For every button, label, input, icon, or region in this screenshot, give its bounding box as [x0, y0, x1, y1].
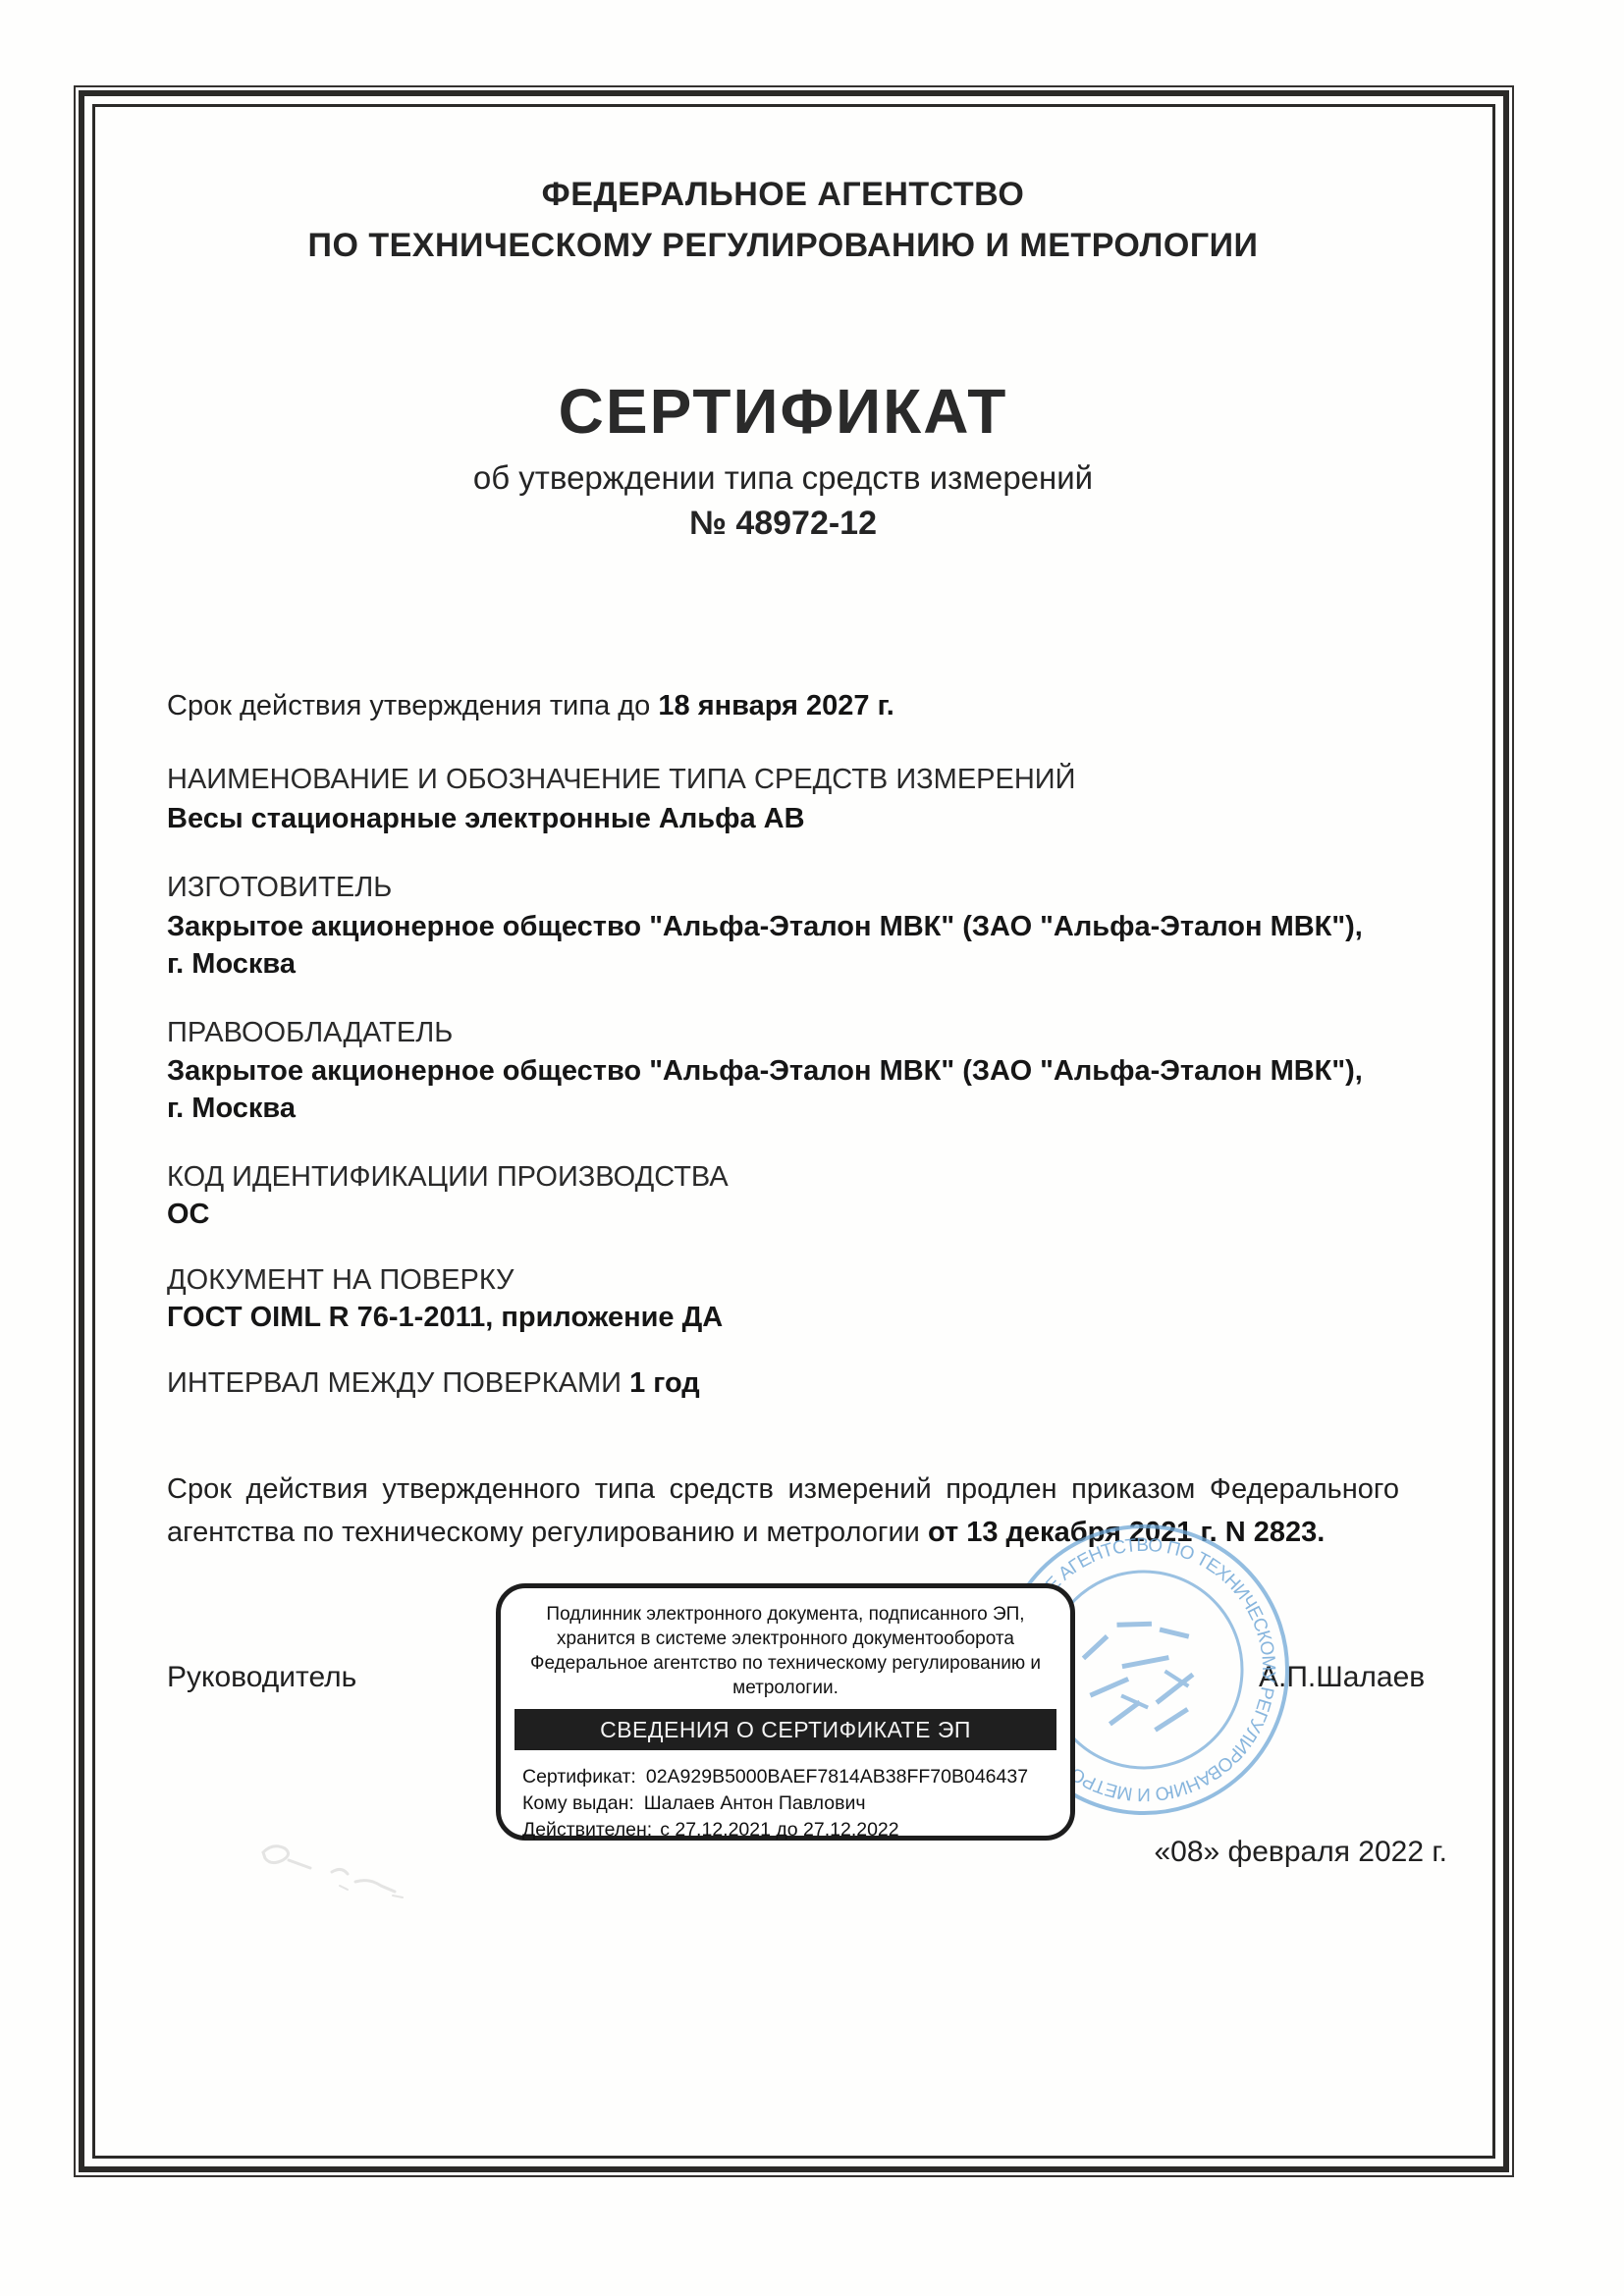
validity-date: 18 января 2027 г.: [658, 690, 893, 721]
esign-valid-label: Действителен:: [522, 1817, 652, 1843]
rightsholder-line1: Закрытое акционерное общество "Альфа-Эта…: [167, 1052, 1399, 1090]
esign-info: Сертификат: 02A929B5000BAEF7814AB38FF70B…: [522, 1764, 1070, 1843]
seal-center-emblem: [1072, 1605, 1214, 1746]
section-label-verificationdoc: ДОКУМЕНТ НА ПОВЕРКУ: [167, 1261, 1399, 1299]
rightsholder-line2: г. Москва: [167, 1090, 1399, 1127]
pencil-smudge: [245, 1831, 461, 1909]
esign-issued-value: Шалаев Антон Павлович: [644, 1790, 866, 1817]
esign-head-line4: метрологии.: [518, 1676, 1053, 1700]
agency-name-line2: ПО ТЕХНИЧЕСКОМУ РЕГУЛИРОВАНИЮ И МЕТРОЛОГ…: [167, 220, 1399, 271]
esign-details-box: Подлинник электронного документа, подпис…: [496, 1583, 1075, 1841]
validity-prefix: Срок действия утверждения типа до: [167, 690, 658, 721]
section-label-name: НАИМЕНОВАНИЕ И ОБОЗНАЧЕНИЕ ТИПА СРЕДСТВ …: [167, 761, 1399, 798]
manufacturer-line2: г. Москва: [167, 945, 1399, 983]
esign-cert-row: Сертификат: 02A929B5000BAEF7814AB38FF70B…: [522, 1764, 1070, 1790]
signer-role: Руководитель: [167, 1661, 356, 1694]
esign-issued-row: Кому выдан: Шалаев Антон Павлович: [522, 1790, 1070, 1817]
esign-head-line1: Подлинник электронного документа, подпис…: [518, 1602, 1053, 1627]
manufacturer-line1: Закрытое акционерное общество "Альфа-Эта…: [167, 908, 1399, 945]
document-subtitle: об утверждении типа средств измерений: [167, 459, 1399, 497]
agency-header: ФЕДЕРАЛЬНОЕ АГЕНТСТВО ПО ТЕХНИЧЕСКОМУ РЕ…: [167, 169, 1399, 271]
section-label-manufacturer: ИЗГОТОВИТЕЛЬ: [167, 869, 1399, 906]
esign-head-line2: хранится в системе электронного документ…: [518, 1627, 1053, 1651]
esign-valid-value: с 27.12.2021 до 27.12.2022: [660, 1817, 898, 1843]
certificate-page: ФЕДЕРАЛЬНОЕ АГЕНТСТВО ПО ТЕХНИЧЕСКОМУ РЕ…: [0, 0, 1624, 2296]
esign-head-line3: Федеральное агентство по техническому ре…: [518, 1651, 1053, 1676]
section-label-prodcode: КОД ИДЕНТИФИКАЦИИ ПРОИЗВОДСТВА: [167, 1158, 1399, 1196]
validity-line: Срок действия утверждения типа до 18 янв…: [167, 687, 1399, 724]
interval-value: 1 год: [629, 1367, 700, 1399]
esign-issued-label: Кому выдан:: [522, 1790, 634, 1817]
extension-line2-prefix: агентства по техническому регулированию …: [167, 1517, 928, 1548]
issue-date: «08» февраля 2022 г.: [1154, 1836, 1447, 1869]
esign-cert-label: Сертификат:: [522, 1764, 636, 1790]
esign-box-header: Подлинник электронного документа, подпис…: [518, 1602, 1053, 1700]
document-number: № 48972-12: [167, 505, 1399, 543]
section-value-verificationdoc: ГОСТ OIML R 76-1-2011, приложение ДА: [167, 1299, 1399, 1336]
esign-cert-value: 02A929B5000BAEF7814AB38FF70B046437: [646, 1764, 1028, 1790]
section-value-rightsholder: Закрытое акционерное общество "Альфа-Эта…: [167, 1052, 1399, 1127]
agency-name-line1: ФЕДЕРАЛЬНОЕ АГЕНТСТВО: [167, 169, 1399, 220]
section-label-rightsholder: ПРАВООБЛАДАТЕЛЬ: [167, 1014, 1399, 1051]
esign-bar-title: СВЕДЕНИЯ О СЕРТИФИКАТЕ ЭП: [514, 1709, 1056, 1750]
document-title: СЕРТИФИКАТ: [167, 375, 1399, 448]
section-value-prodcode: ОС: [167, 1196, 1399, 1233]
interval-label: ИНТЕРВАЛ МЕЖДУ ПОВЕРКАМИ: [167, 1367, 629, 1399]
section-value-manufacturer: Закрытое акционерное общество "Альфа-Эта…: [167, 908, 1399, 983]
section-verification-interval: ИНТЕРВАЛ МЕЖДУ ПОВЕРКАМИ 1 год: [167, 1364, 1399, 1402]
esign-valid-row: Действителен: с 27.12.2021 до 27.12.2022: [522, 1817, 1070, 1843]
section-value-name: Весы стационарные электронные Альфа АВ: [167, 800, 1399, 837]
